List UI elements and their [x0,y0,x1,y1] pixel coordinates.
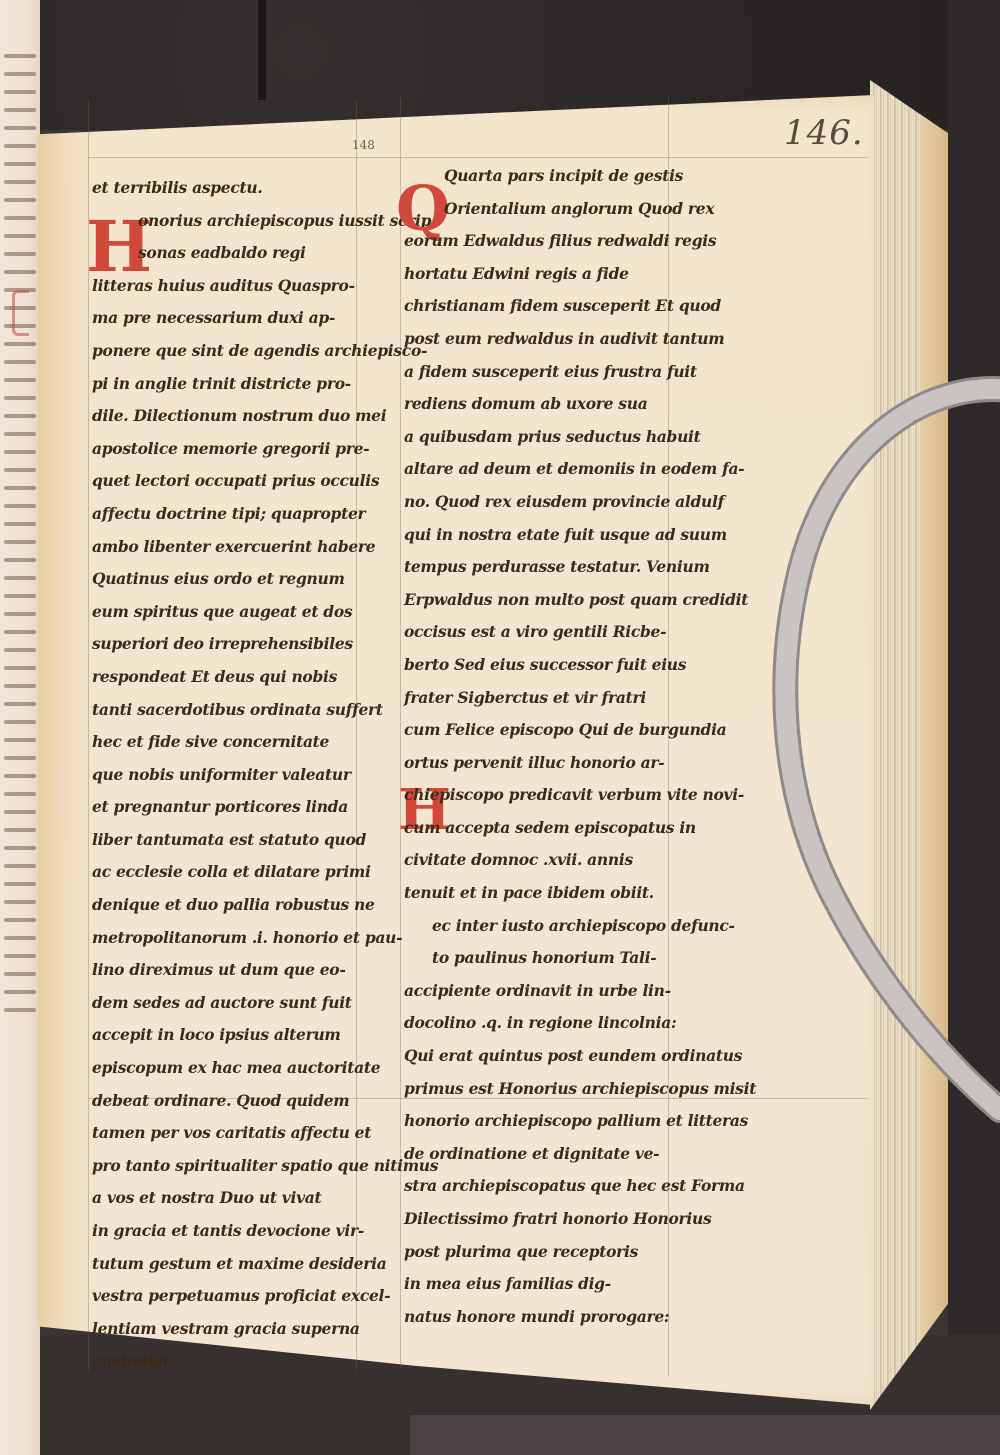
text-line: apostolice memorie gregorii pre- [92,433,362,466]
text-line: dem sedes ad auctore sunt fuit [92,987,362,1020]
text-line: vestra perpetuamus proficiat excel- [92,1280,362,1313]
text-line: no. Quod rex eiusdem provincie aldulf [404,486,704,519]
text-line: que nobis uniformiter valeatur [92,759,362,792]
text-line: berto Sed eius successor fuit eius [404,649,704,682]
text-line: ma pre necessarium duxi ap- [92,302,362,335]
text-line: ec inter iusto archiepiscopo defunc- [404,910,704,943]
text-line: hec et fide sive concernitate [92,726,362,759]
text-line: tenuit et in pace ibidem obiit. [404,877,704,910]
text-line: Orientalium anglorum Quod rex [404,193,704,226]
text-line: docolino .q. in regione lincolnia: [404,1007,704,1040]
text-line: ambo libenter exercuerint habere [92,531,362,564]
text-line: ortus pervenit illuc honorio ar- [404,747,704,780]
foam-seam [258,0,266,100]
text-line: dile. Dilectionum nostrum duo mei [92,400,362,433]
text-line: a quibusdam prius seductus habuit [404,421,704,454]
text-line: altare ad deum et demoniis in eodem fa- [404,453,704,486]
text-line: Qui erat quintus post eundem ordinatus [404,1040,704,1073]
text-line: sonas eadbaldo regi [92,237,362,270]
text-line: quet lectori occupati prius occulis [92,465,362,498]
text-line: et terribilis aspectu. [92,172,362,205]
text-line: ac ecclesie colla et dilatare primi [92,856,362,889]
text-line: liber tantumata est statuto quod [92,824,362,857]
verso-page-edge [0,0,40,1455]
text-line: frater Sigberctus et vir fratri [404,682,704,715]
text-line: affectu doctrine tipi; quapropter [92,498,362,531]
text-line: Quarta pars incipit de gestis [404,160,704,193]
text-line: post plurima que receptoris [404,1236,704,1269]
text-line: primus est Honorius archiepiscopus misit [404,1073,704,1106]
ruling-line [88,100,89,1370]
text-line: occisus est a viro gentili Ricbe- [404,616,704,649]
text-line: superiori deo irreprehensibiles [92,628,362,661]
text-line: accepit in loco ipsius alterum [92,1019,362,1052]
text-line: Dilectissimo fratri honorio Honorius [404,1203,704,1236]
text-line: to paulinus honorium Tali- [404,942,704,975]
page-block-fore-edge [870,80,948,1410]
text-line: christianam fidem susceperit Et quod [404,290,704,323]
text-line: tutum gestum et maxime desideria [92,1248,362,1281]
text-line: debeat ordinare. Quod quidem [92,1085,362,1118]
text-line: natus honore mundi prorogare: [404,1301,704,1334]
text-line: metropolitanorum .i. honorio et pau- [92,922,362,955]
text-line: accipiente ordinavit in urbe lin- [404,975,704,1008]
text-line: honorio archiepiscopo pallium et littera… [404,1105,704,1138]
text-line: tanti sacerdotibus ordinata suffert [92,694,362,727]
folio-number: 146. [784,113,864,153]
text-line: denique et duo pallia robustus ne [92,889,362,922]
text-line: Erpwaldus non multo post quam credidit [404,584,704,617]
text-line: qui in nostra etate fuit usque ad suum [404,519,704,552]
text-line: a vos et nostra Duo ut vivat [92,1182,362,1215]
text-line: stra archiepiscopatus que hec est Forma [404,1170,704,1203]
foam-cradle-right [948,0,1000,1455]
text-line: civitate domnoc .xvii. annis [404,844,704,877]
ruling-line [88,157,868,158]
text-line: cum accepta sedem episcopatus in [404,812,704,845]
foam-block [410,1415,1000,1455]
text-line: chiepiscopo predicavit verbum vite novi- [404,779,704,812]
text-line: eorum Edwaldus filius redwaldi regis [404,225,704,258]
text-line: post eum redwaldus in audivit tantum [404,323,704,356]
text-line: eum spiritus que augeat et dos [92,596,362,629]
text-line: onorius archiepiscopus iussit scrip- [92,205,362,238]
text-line: rediens domum ab uxore sua [404,388,704,421]
text-line: de ordinatione et dignitate ve- [404,1138,704,1171]
text-line: pro tanto spiritualiter spatio que nitim… [92,1150,362,1183]
text-line: respondeat Et deus qui nobis [92,661,362,694]
text-line: episcopum ex hac mea auctoritate [92,1052,362,1085]
verso-red-initial [12,290,29,336]
left-text-column: et terribilis aspectu. onorius archiepis… [92,172,362,1378]
text-line: in gracia et tantis devocione vir- [92,1215,362,1248]
text-line: custodiat. [92,1345,362,1378]
text-line: ponere que sint de agendis archiepisco- [92,335,362,368]
text-line: tamen per vos caritatis affectu et [92,1117,362,1150]
ruling-line [400,98,401,1368]
text-line: lentiam vestram gracia superna [92,1313,362,1346]
text-line: Quatinus eius ordo et regnum [92,563,362,596]
text-line: litteras huius auditus Quaspro- [92,270,362,303]
text-line: et pregnantur porticores linda [92,791,362,824]
text-line: lino direximus ut dum que eo- [92,954,362,987]
pencil-page-number: 148 [352,138,375,152]
text-line: cum Felice episcopo Qui de burgundia [404,714,704,747]
text-line: hortatu Edwini regis a fide [404,258,704,291]
right-text-column: Quarta pars incipit de gestis Orientaliu… [404,160,704,1333]
text-line: tempus perdurasse testatur. Venium [404,551,704,584]
text-line: a fidem susceperit eius frustra fuit [404,356,704,389]
text-line: in mea eius familias dig- [404,1268,704,1301]
text-line: pi in anglie trinit districte pro- [92,368,362,401]
